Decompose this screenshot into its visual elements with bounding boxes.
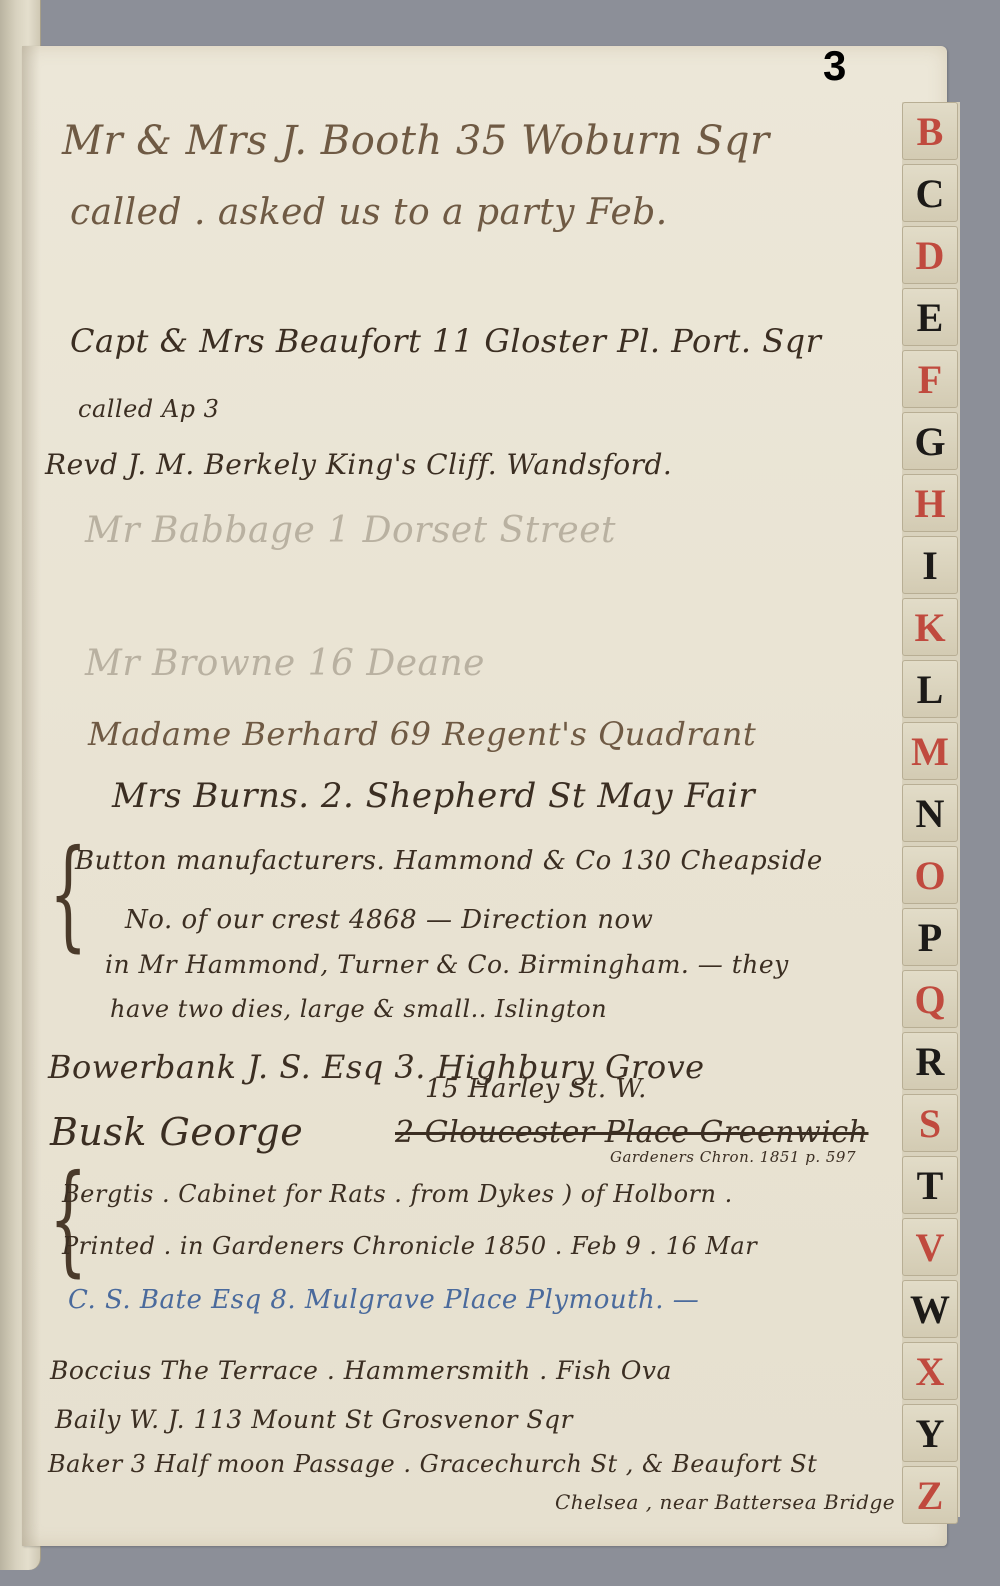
entry-line: Madame Berhard 69 Regent's Quadrant — [88, 715, 756, 753]
entry-line: called . asked us to a party Feb. — [70, 192, 668, 233]
page-number: 3 — [823, 42, 846, 90]
index-tab-e[interactable]: E — [902, 288, 958, 346]
entry-line: Printed . in Gardeners Chronicle 1850 . … — [62, 1232, 757, 1260]
index-tab-x[interactable]: X — [902, 1342, 958, 1400]
index-tab-b[interactable]: B — [902, 102, 958, 160]
index-tab-o[interactable]: O — [902, 846, 958, 904]
index-tab-i[interactable]: I — [902, 536, 958, 594]
index-tab-r[interactable]: R — [902, 1032, 958, 1090]
index-tab-s[interactable]: S — [902, 1094, 958, 1152]
index-tab-g[interactable]: G — [902, 412, 958, 470]
entry-line-faint: Mr Babbage 1 Dorset Street — [85, 510, 616, 551]
margin-note: Gardeners Chron. 1851 p. 597 — [610, 1148, 856, 1166]
entry-line: Capt & Mrs Beaufort 11 Gloster Pl. Port.… — [70, 322, 821, 360]
entry-line: Bergtis . Cabinet for Rats . from Dykes … — [62, 1180, 733, 1208]
index-tab-v[interactable]: V — [902, 1218, 958, 1276]
entry-line: Button manufacturers. Hammond & Co 130 C… — [75, 846, 823, 876]
page-gutter-shadow — [22, 46, 40, 1546]
index-tab-w[interactable]: W — [902, 1280, 958, 1338]
index-tab-n[interactable]: N — [902, 784, 958, 842]
entry-line: Boccius The Terrace . Hammersmith . Fish… — [50, 1356, 672, 1385]
index-tab-y[interactable]: Y — [902, 1404, 958, 1462]
entry-line: Baker 3 Half moon Passage . Gracechurch … — [48, 1450, 817, 1478]
index-tab-f[interactable]: F — [902, 350, 958, 408]
entry-line-blue-ink: C. S. Bate Esq 8. Mulgrave Place Plymout… — [68, 1285, 699, 1315]
index-tab-l[interactable]: L — [902, 660, 958, 718]
index-tab-h[interactable]: H — [902, 474, 958, 532]
index-tab-m[interactable]: M — [902, 722, 958, 780]
brace-mark: { — [49, 1160, 87, 1280]
index-tab-d[interactable]: D — [902, 226, 958, 284]
entry-line: Mr & Mrs J. Booth 35 Woburn Sqr — [62, 118, 770, 164]
entry-line: Mrs Burns. 2. Shepherd St May Fair — [112, 776, 755, 816]
entry-line: called Ap 3 — [78, 395, 219, 423]
entry-line: Chelsea , near Battersea Bridge — [555, 1490, 895, 1514]
entry-line: Revd J. M. Berkely King's Cliff. Wandsfo… — [45, 448, 672, 481]
entry-line: No. of our crest 4868 — Direction now — [125, 905, 653, 935]
alphabet-index-tabs: B C D E F G H I K L M N O P Q R S T V W … — [902, 102, 960, 1517]
index-tab-c[interactable]: C — [902, 164, 958, 222]
index-tab-k[interactable]: K — [902, 598, 958, 656]
entry-line-faint: Mr Browne 16 Deane — [85, 643, 485, 684]
entry-line: 15 Harley St. W. — [425, 1074, 647, 1104]
index-tab-p[interactable]: P — [902, 908, 958, 966]
entry-line: have two dies, large & small.. Islington — [110, 995, 607, 1023]
index-tab-q[interactable]: Q — [902, 970, 958, 1028]
index-tab-t[interactable]: T — [902, 1156, 958, 1214]
index-tab-z[interactable]: Z — [902, 1466, 958, 1524]
entry-line: Busk George — [50, 1110, 303, 1154]
entry-line: in Mr Hammond, Turner & Co. Birmingham. … — [105, 950, 789, 979]
struck-address: 2 Gloucester Place Greenwich — [395, 1115, 869, 1150]
entry-line: Baily W. J. 113 Mount St Grosvenor Sqr — [55, 1405, 573, 1434]
